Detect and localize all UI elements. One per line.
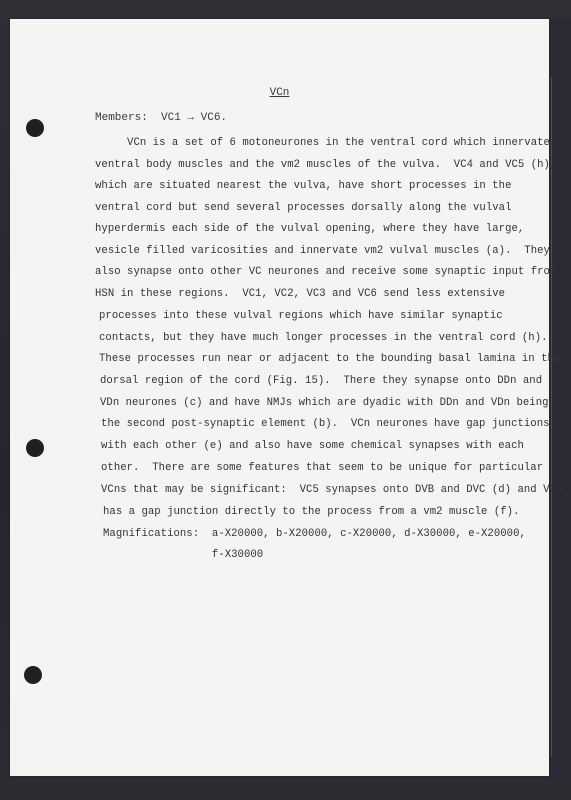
body-line: VDn neurones (c) and have NMJs which are…: [100, 397, 549, 409]
magnifications-line: Magnifications: a-X20000, b-X20000, c-X2…: [103, 528, 526, 540]
body-line: vesicle filled varicosities and innervat…: [95, 245, 550, 257]
members-line: Members: VC1 → VC6.: [95, 112, 227, 124]
scan-background-strip: [549, 18, 571, 778]
body-line: the second post-synaptic element (b). VC…: [101, 418, 550, 430]
body-line: VCns that may be significant: VC5 synaps…: [101, 484, 562, 496]
body-line: also synapse onto other VC neurones and …: [95, 266, 556, 278]
page-title-text: VCn: [270, 87, 290, 99]
page-title: VCn: [10, 87, 549, 99]
body-line: ventral body muscles and the vm2 muscles…: [95, 159, 556, 171]
body-line: ventral cord but send several processes …: [95, 202, 511, 214]
body-line: has a gap junction directly to the proce…: [103, 506, 519, 518]
body-line: which are situated nearest the vulva, ha…: [95, 180, 511, 192]
binder-hole-icon: [24, 666, 42, 684]
body-line: VCn is a set of 6 motoneurones in the ve…: [95, 137, 550, 149]
body-line: contacts, but they have much longer proc…: [99, 332, 548, 344]
body-line: HSN in these regions. VC1, VC2, VC3 and …: [95, 288, 505, 300]
body-line: These processes run near or adjacent to …: [99, 353, 560, 365]
body-line: processes into these vulval regions whic…: [99, 310, 503, 322]
page-edge-shadow: [551, 77, 552, 757]
magnifications-line: f-X30000: [103, 549, 263, 561]
binder-hole-icon: [26, 439, 44, 457]
body-line: hyperdermis each side of the vulval open…: [95, 223, 524, 235]
body-line: other. There are some features that seem…: [101, 462, 543, 474]
body-line: with each other (e) and also have some c…: [101, 440, 524, 452]
binder-hole-icon: [26, 119, 44, 137]
body-line: dorsal region of the cord (Fig. 15). The…: [100, 375, 542, 387]
document-page: VCn Members: VC1 → VC6. VCn is a set of …: [10, 19, 549, 776]
